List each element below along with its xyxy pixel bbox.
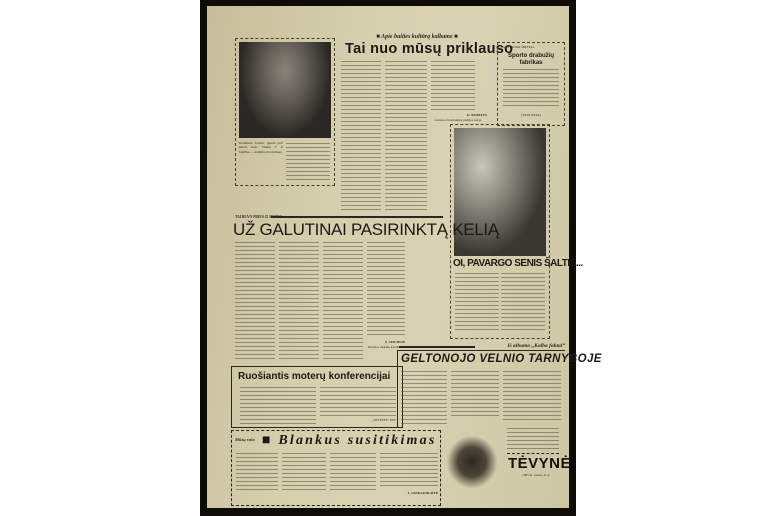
bottom-box: Mūsų rašo ■ Blankus susitikimas J. JANKA… — [231, 430, 441, 506]
main-article-col4 — [367, 242, 405, 338]
section-rule — [271, 216, 443, 218]
bottom-byline: J. JANKAUSKAITĖ — [392, 491, 438, 495]
top-headline: Tai nuo mūsų priklauso — [345, 41, 513, 57]
photo1-frame: Kolūkietis Jurkeli. Iguoto prie kalvio s… — [235, 38, 335, 186]
masthead-rule — [507, 453, 559, 454]
bottom-text-col4 — [380, 453, 438, 489]
main-article-col2 — [279, 242, 319, 362]
top-article-col2 — [385, 61, 427, 213]
album-kicker: Iš albumo „Kalba faktai“ — [475, 343, 565, 349]
album-text-col3 — [503, 371, 561, 423]
photo1-caption: Kolūkietis Jurkeli. Iguoto prie kalvio s… — [239, 141, 283, 183]
masthead-logo: TĖVYNĖ — [508, 455, 571, 472]
album-rule — [399, 346, 475, 348]
top-article-col3 — [431, 61, 475, 111]
main-article-col3 — [323, 242, 363, 362]
masthead-date: 1985 m. sausio 11 d. — [511, 473, 561, 477]
bottom-text-col2 — [282, 453, 326, 493]
sidebar-kicker: TARYBINIAI ŠRIFTAI — [501, 45, 561, 49]
cartoon-illustration — [447, 436, 497, 488]
album-text-col2 — [451, 371, 499, 419]
photo2-text-col2 — [501, 273, 545, 333]
bottom-text-col3 — [330, 453, 376, 493]
sidebar-title: Sporto drabužių fabrikas — [502, 53, 560, 67]
newspaper-page: Kolūkietis Jurkeli. Iguoto prie kalvio s… — [207, 6, 569, 508]
main-article-col1 — [235, 242, 275, 362]
album-headline: GELTONOJO VELNIO TARNYBOJE — [401, 353, 602, 365]
conference-box: Ruošiantis moterų konferencijai „TEVYNĖS… — [231, 366, 403, 428]
sidebar-box: TARYBINIAI ŠRIFTAI Sporto drabužių fabri… — [497, 42, 565, 126]
portrait-photo — [239, 42, 331, 138]
bottom-headline: ■ Blankus susitikimas — [262, 433, 436, 449]
top-kicker: ■ Apie buities kultūrą kalbame ■ — [347, 34, 487, 40]
conference-headline: Ruošiantis moterų konferencijai — [238, 371, 390, 382]
conference-credit: „TEVYNĖS“ INF. — [342, 418, 396, 422]
album-text-col1 — [401, 371, 447, 427]
main-headline: UŽ GALUTINAI PASIRINKTĄ KELIĄ — [233, 220, 499, 240]
sidebar-text — [503, 69, 559, 109]
top-article-col1 — [341, 61, 381, 213]
top-byline-role: Lietuvos Komunistų partijos narys — [431, 118, 485, 122]
photo2-text-col1 — [455, 273, 499, 333]
sidebar-credit: (TASS-ELTA) — [503, 113, 559, 117]
bottom-kicker: Mūsų rašo — [235, 437, 255, 442]
album-continued-text — [507, 428, 559, 450]
photo2-headline: OI, PAVARGO SENIS ŠALTIS... — [453, 258, 583, 269]
conference-text-col2 — [320, 387, 396, 417]
photo1-text-lines — [286, 143, 330, 181]
top-byline: K. RYBELYS — [447, 113, 487, 117]
conference-text-col1 — [240, 387, 316, 425]
main-byline: S. CIPLIENE — [367, 340, 405, 344]
bottom-text-col1 — [236, 453, 278, 493]
